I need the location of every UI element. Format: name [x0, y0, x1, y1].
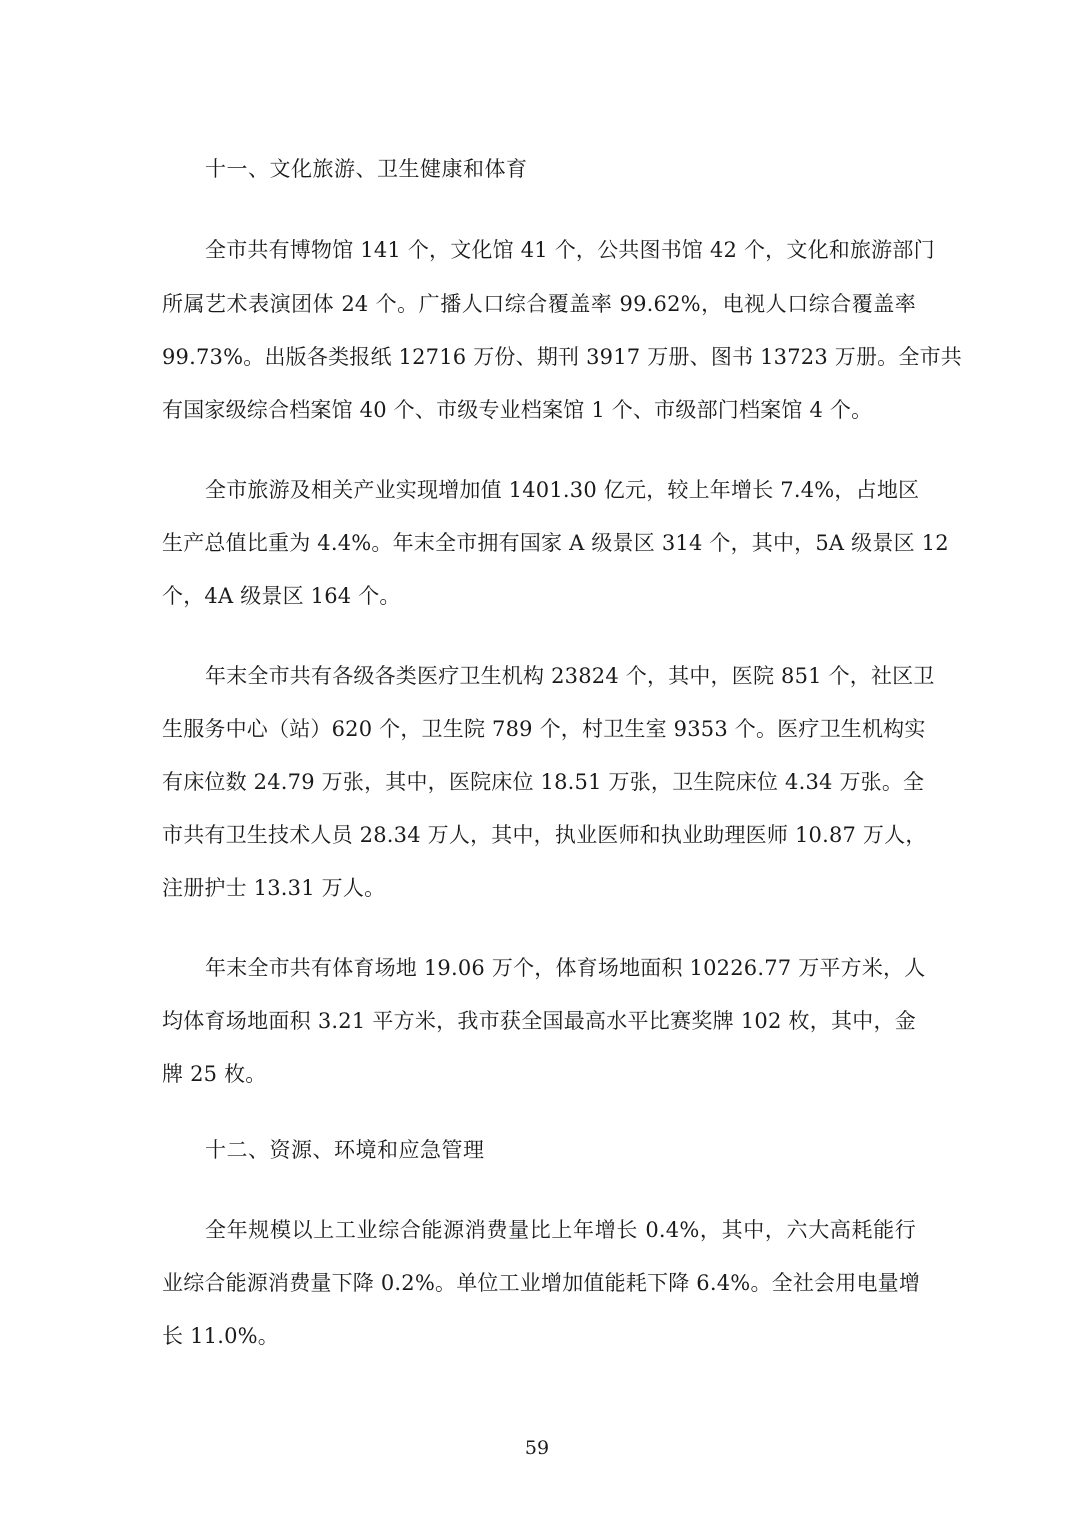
paragraph-line: 年末全市共有各级各类医疗卫生机构 23824 个，其中，医院 851 个，社区卫 — [205, 662, 916, 690]
paragraph-line: 生服务中心（站）620 个，卫生院 789 个，村卫生室 9353 个。医疗卫生… — [162, 715, 916, 743]
section-heading-12: 十二、资源、环境和应急管理 — [205, 1136, 485, 1164]
paragraph-line: 市共有卫生技术人员 28.34 万人，其中，执业医师和执业助理医师 10.87 … — [162, 821, 916, 849]
paragraph-line: 99.73%。出版各类报纸 12716 万份、期刊 3917 万册、图书 137… — [162, 343, 916, 371]
paragraph-line: 年末全市共有体育场地 19.06 万个，体育场地面积 10226.77 万平方米… — [205, 954, 916, 982]
paragraph-line: 个，4A 级景区 164 个。 — [162, 582, 916, 610]
paragraph-line: 长 11.0%。 — [162, 1322, 916, 1350]
paragraph-line: 注册护士 13.31 万人。 — [162, 874, 916, 902]
paragraph-line: 均体育场地面积 3.21 平方米，我市获全国最高水平比赛奖牌 102 枚，其中，… — [162, 1007, 916, 1035]
document-page: 十一、文化旅游、卫生健康和体育 全市共有博物馆 141 个，文化馆 41 个，公… — [0, 0, 1074, 1520]
section-heading-11: 十一、文化旅游、卫生健康和体育 — [205, 155, 528, 183]
paragraph-line: 有床位数 24.79 万张，其中，医院床位 18.51 万张，卫生院床位 4.3… — [162, 768, 916, 796]
paragraph-line: 全年规模以上工业综合能源消费量比上年增长 0.4%，其中，六大高耗能行 — [205, 1216, 916, 1244]
paragraph-line: 业综合能源消费量下降 0.2%。单位工业增加值能耗下降 6.4%。全社会用电量增 — [162, 1269, 916, 1297]
paragraph-line: 牌 25 枚。 — [162, 1060, 916, 1088]
paragraph-line: 所属艺术表演团体 24 个。广播人口综合覆盖率 99.62%，电视人口综合覆盖率 — [162, 290, 916, 318]
paragraph-line: 全市旅游及相关产业实现增加值 1401.30 亿元，较上年增长 7.4%，占地区 — [205, 476, 916, 504]
page-number: 59 — [0, 1436, 1074, 1460]
paragraph-line: 全市共有博物馆 141 个，文化馆 41 个，公共图书馆 42 个，文化和旅游部… — [205, 236, 916, 264]
paragraph-line: 生产总值比重为 4.4%。年末全市拥有国家 A 级景区 314 个，其中，5A … — [162, 529, 916, 557]
paragraph-line: 有国家级综合档案馆 40 个、市级专业档案馆 1 个、市级部门档案馆 4 个。 — [162, 396, 916, 424]
